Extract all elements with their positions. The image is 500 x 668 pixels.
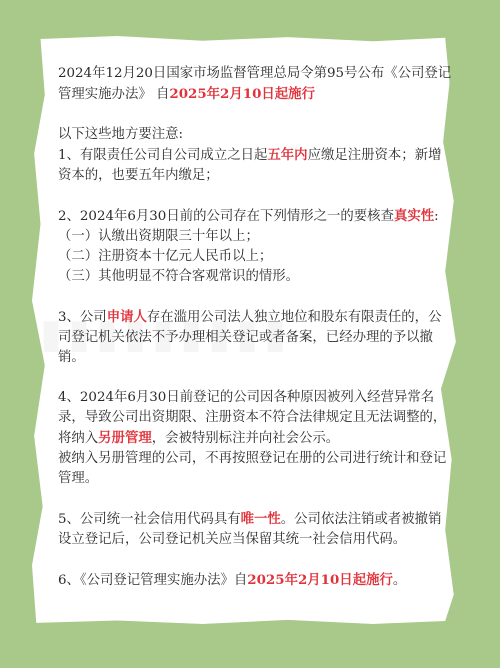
item-text: 5、公司统一社会信用代码具有 — [58, 512, 241, 527]
item-1: 1、有限责任公司自公司成立之日起五年内应缴足注册资本；新增资本的，也要五年内缴足… — [58, 145, 453, 186]
item-4: 4、2024年6月30日前登记的公司因各种原因被列入经营异常名录，导致公司出资期… — [58, 388, 453, 449]
intro-text: 以下这些地方要注意: — [58, 125, 453, 145]
item-text: : — [434, 209, 439, 224]
header-paragraph: 2024年12月20日国家市场监督管理总局令第95号公布《公司登记管理实施办法》… — [58, 64, 453, 105]
item-text: 2、2024年6月30日前的公司存在下列情形之一的要核查 — [58, 209, 394, 224]
item-text: ，会被特别标注并向社会公示。 — [152, 431, 339, 446]
subitem: （三）其他明显不符合客观常识的情形。 — [58, 267, 453, 287]
item-highlight: 2025年2月10日起施行 — [247, 572, 393, 588]
item-4-extra: 被纳入另册管理的公司，不再按照登记在册的公司进行统计和登记管理。 — [58, 449, 453, 489]
subitem: （一）认缴出资期限三十年以上； — [58, 227, 453, 247]
header-highlight: 2025年2月10日起施行 — [169, 86, 315, 102]
subitem: （二）注册资本十亿元人民币以上； — [58, 247, 453, 267]
item-text: 6、《公司登记管理实施办法》自 — [58, 573, 247, 588]
item-text: 。 — [393, 573, 406, 588]
item-highlight: 申请人 — [107, 309, 147, 325]
item-highlight: 唯一性 — [241, 511, 281, 527]
item-2: 2、2024年6月30日前的公司存在下列情形之一的要核查真实性: — [58, 206, 453, 227]
item-6: 6、《公司登记管理实施办法》自2025年2月10日起施行。 — [58, 570, 453, 591]
item-highlight: 真实性 — [394, 208, 434, 224]
item-text: 3、公司 — [58, 310, 107, 325]
notice-content: 2024年12月20日国家市场监督管理总局令第95号公布《公司登记管理实施办法》… — [58, 64, 453, 591]
item-3: 3、公司申请人存在滥用公司法人独立地位和股东有限责任的，公司登记机关依法不予办理… — [58, 307, 453, 368]
item-text: 1、有限责任公司自公司成立之日起 — [58, 148, 267, 163]
item-highlight: 五年内 — [267, 147, 307, 163]
item-highlight: 另册管理 — [98, 430, 152, 446]
item-5: 5、公司统一社会信用代码具有唯一性。公司依法注销或者被撤销设立登记后，公司登记机… — [58, 509, 453, 550]
